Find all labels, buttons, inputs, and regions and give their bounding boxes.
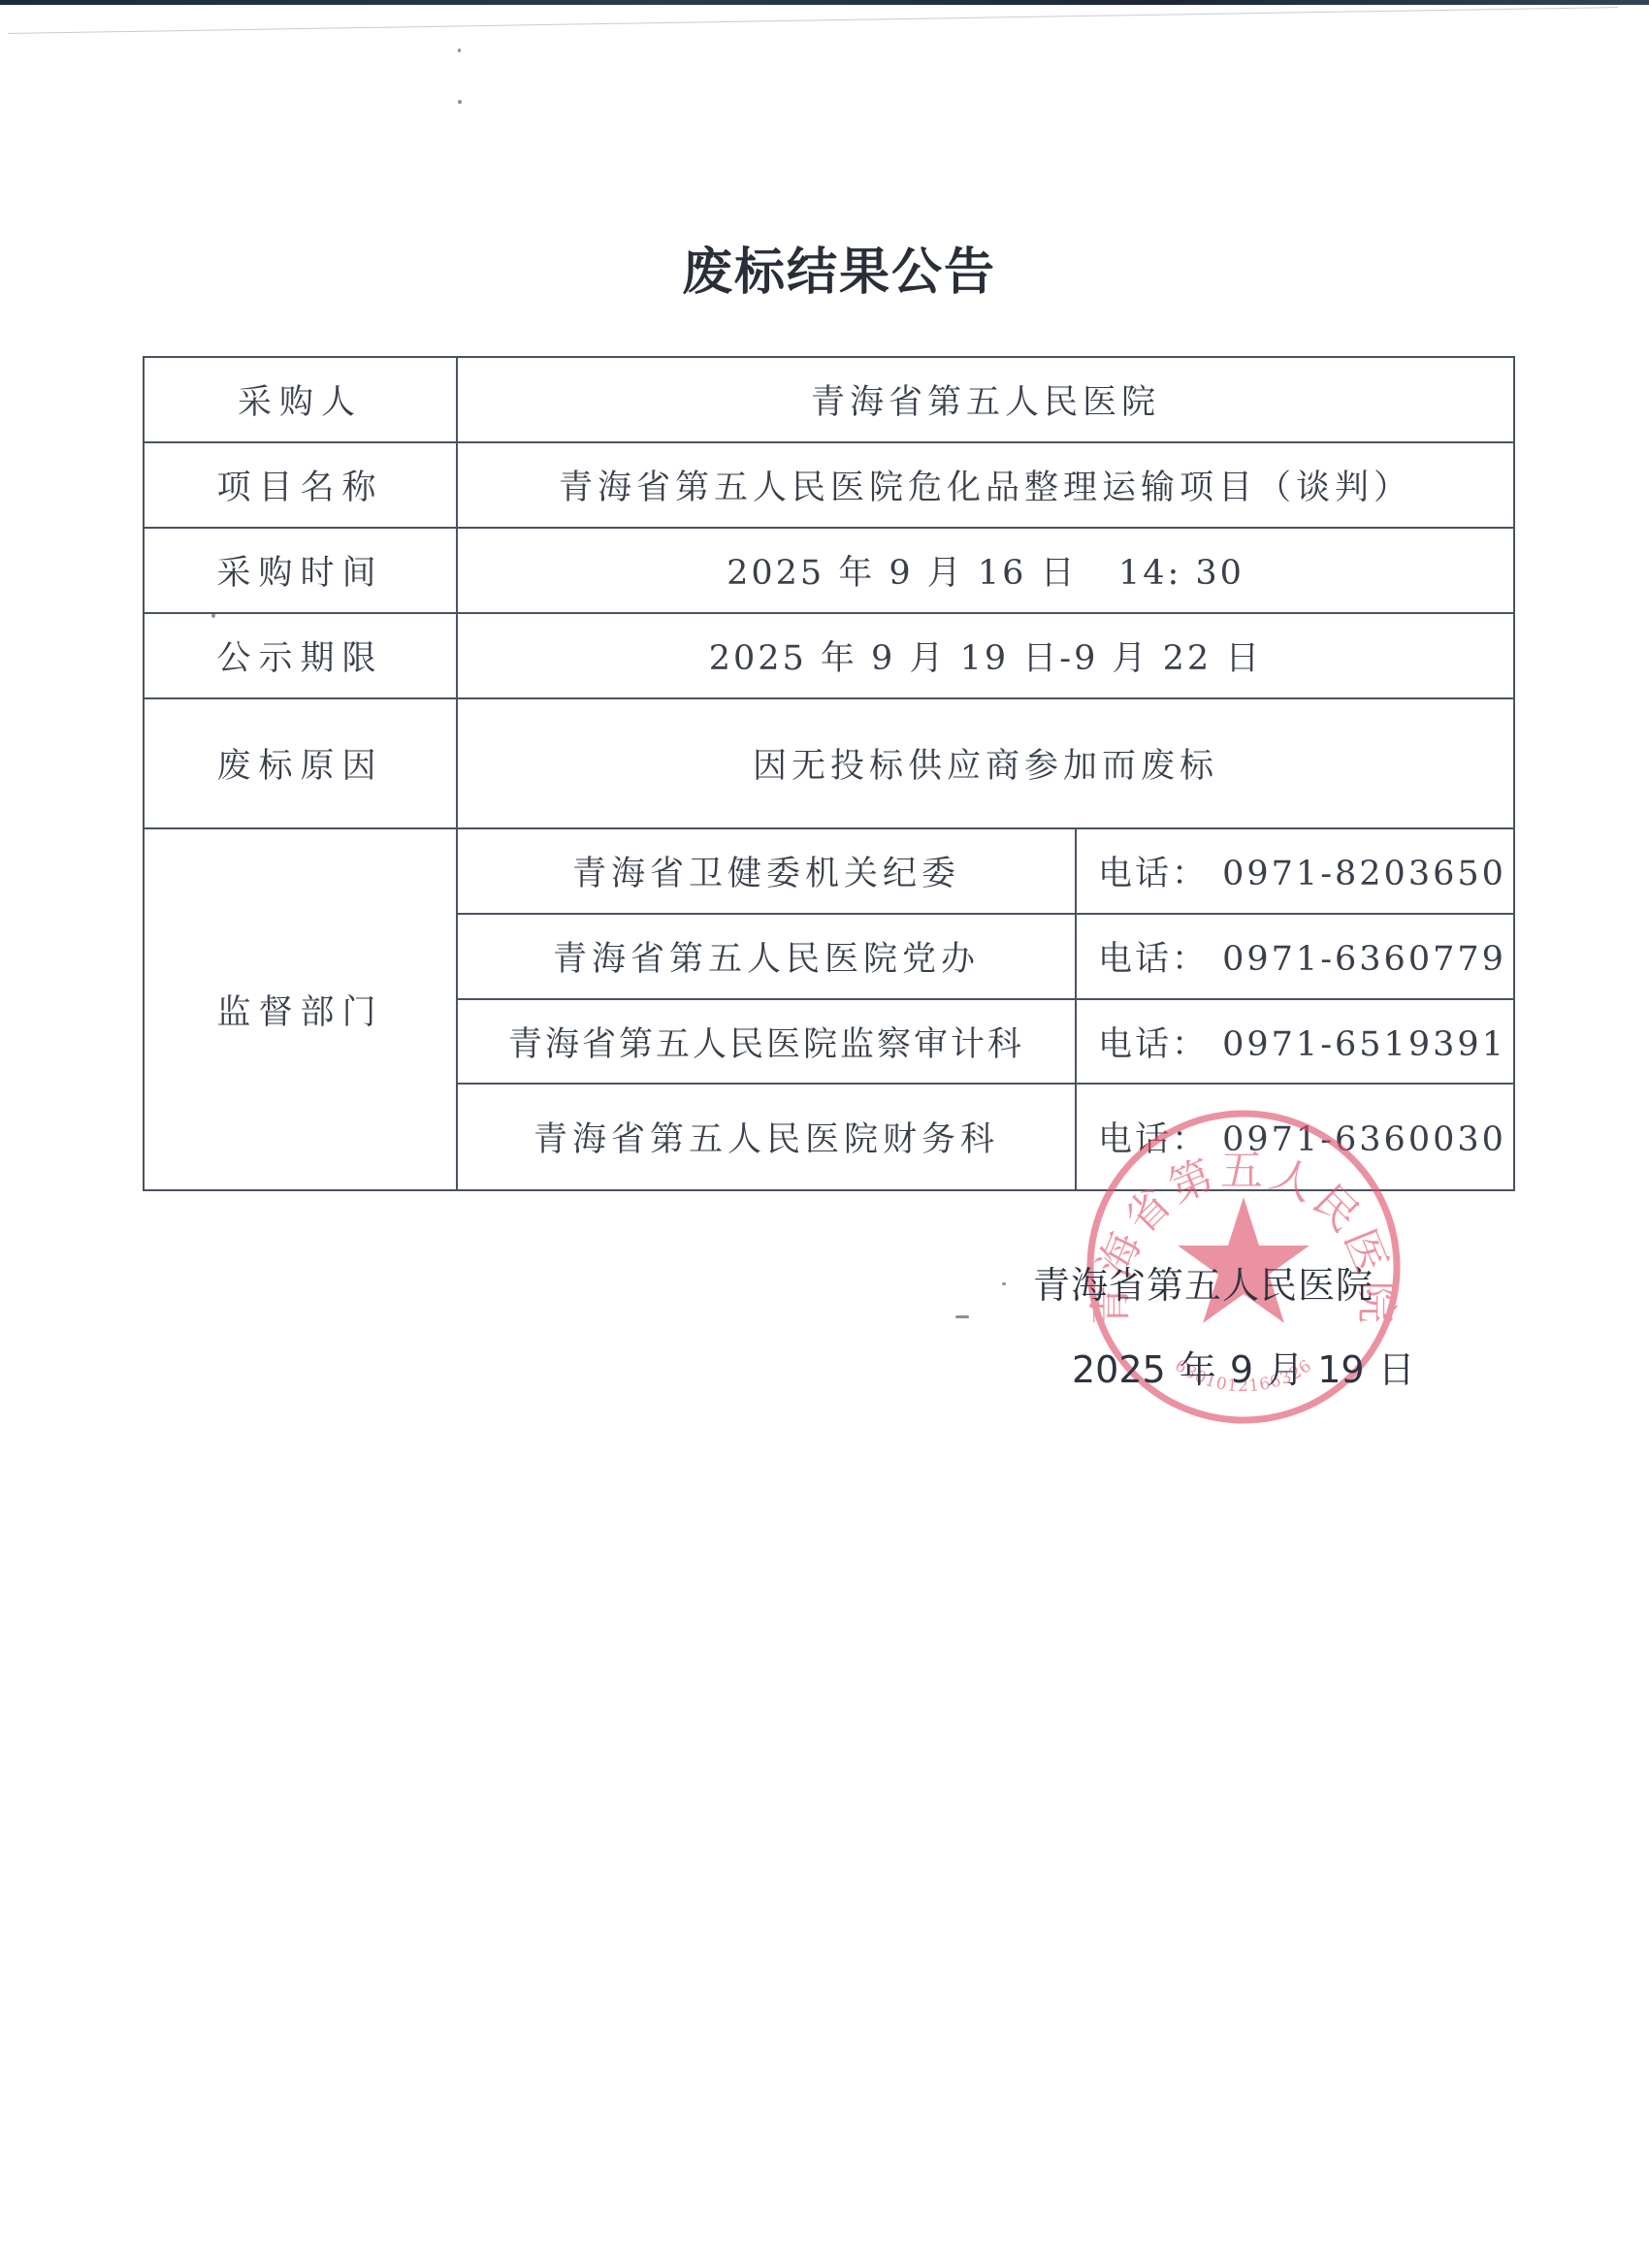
label-purchase-time: 采购时间	[145, 529, 456, 612]
value-purchase-time: 2025 年 9 月 16 日 14: 30	[458, 529, 1513, 612]
scan-speck	[458, 100, 462, 104]
dept-name: 青海省第五人民医院监察审计科	[458, 1000, 1075, 1083]
value-project-name: 青海省第五人民医院危化品整理运输项目（谈判）	[458, 443, 1513, 527]
table-border-right	[1513, 356, 1515, 1191]
scan-speck	[955, 1315, 969, 1318]
page-title: 废标结果公告	[0, 231, 1649, 304]
dept-name: 青海省第五人民医院财务科	[458, 1085, 1075, 1189]
scan-speck	[458, 49, 461, 52]
scan-speck	[1002, 1282, 1006, 1285]
scan-artifact-line	[8, 7, 1618, 34]
dept-phone: 电话： 0971-6519391	[1077, 1000, 1513, 1083]
label-failure-reason: 废标原因	[145, 699, 456, 827]
scan-edge	[0, 0, 1649, 5]
dept-phone: 电话： 0971-6360779	[1077, 915, 1513, 998]
issue-date: 2025 年 9 月 19 日	[1072, 1340, 1415, 1393]
label-publicity-period: 公示期限	[145, 614, 456, 697]
label-supervision-dept: 监督部门	[145, 829, 456, 1189]
dept-name: 青海省第五人民医院党办	[458, 915, 1075, 998]
table-border-bottom	[143, 1189, 1515, 1191]
announcement-table: 采购人 青海省第五人民医院 项目名称 青海省第五人民医院危化品整理运输项目（谈判…	[143, 356, 1515, 1191]
label-project-name: 项目名称	[145, 443, 456, 527]
label-purchaser: 采购人	[145, 358, 456, 441]
issuer-organization: 青海省第五人民医院	[1033, 1255, 1374, 1309]
value-failure-reason: 因无投标供应商参加而废标	[458, 699, 1513, 827]
value-purchaser: 青海省第五人民医院	[458, 358, 1513, 441]
dept-phone: 电话： 0971-8203650	[1077, 829, 1513, 913]
dept-name: 青海省卫健委机关纪委	[458, 829, 1075, 913]
dept-phone: 电话： 0971-6360030	[1077, 1085, 1513, 1189]
value-publicity-period: 2025 年 9 月 19 日-9 月 22 日	[458, 614, 1513, 697]
